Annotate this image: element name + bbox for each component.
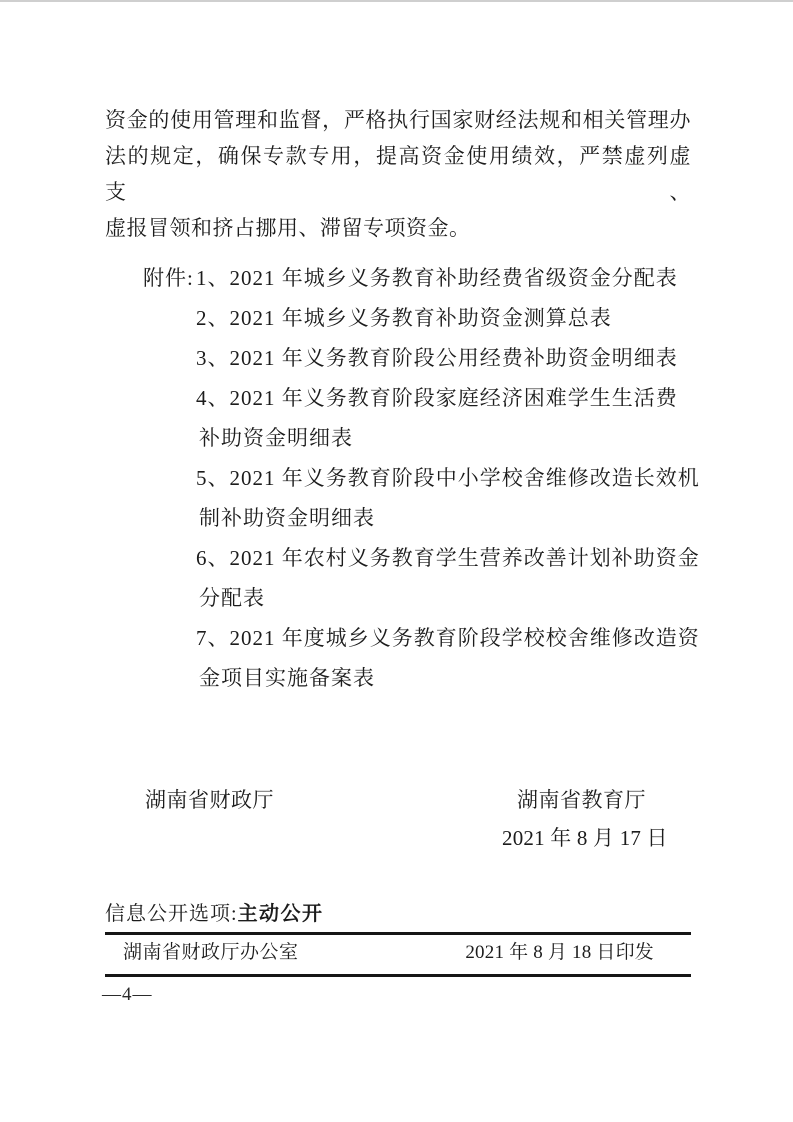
scan-artifact-line xyxy=(0,0,793,2)
attachment-item-7-wrap: 金项目实施备案表 xyxy=(105,658,725,698)
attachment-label: 附件: xyxy=(143,258,194,298)
paragraph-line: 虚报冒领和挤占挪用、滞留专项资金。 xyxy=(105,210,691,246)
signature-date: 2021 年 8 月 17 日 xyxy=(502,826,668,850)
attachment-list: 附件: 1、2021 年城乡义务教育补助经费省级资金分配表 2、2021 年城乡… xyxy=(105,258,725,698)
body-paragraph: 资金的使用管理和监督，严格执行国家财经法规和相关管理办 法的规定，确保专款专用，… xyxy=(105,102,691,246)
paragraph-line: 资金的使用管理和监督，严格执行国家财经法规和相关管理办 xyxy=(105,102,691,138)
page-number: —4— xyxy=(102,984,153,1006)
attachment-item-1: 1、2021 年城乡义务教育补助经费省级资金分配表 xyxy=(105,258,725,298)
attachment-item-2: 2、2021 年城乡义务教育补助资金测算总表 xyxy=(105,298,725,338)
paragraph-line: 法的规定，确保专款专用，提高资金使用绩效，严禁虚列虚支、 xyxy=(105,138,691,210)
attachment-item-6-wrap: 分配表 xyxy=(105,578,725,618)
attachment-item-4: 4、2021 年义务教育阶段家庭经济困难学生生活费 xyxy=(105,378,725,418)
disclosure-label: 信息公开选项: xyxy=(105,903,238,925)
attachment-item-6: 6、2021 年农村义务教育学生营养改善计划补助资金 xyxy=(105,538,725,578)
signature-left-org: 湖南省财政厅 xyxy=(145,788,274,812)
attachment-item-5-wrap: 制补助资金明细表 xyxy=(105,498,725,538)
attachment-item-7: 7、2021 年度城乡义务教育阶段学校校舍维修改造资 xyxy=(105,618,725,658)
issuing-office: 湖南省财政厅办公室 xyxy=(123,941,299,965)
attachment-item-4-wrap: 补助资金明细表 xyxy=(105,418,725,458)
imprint-rule-top xyxy=(105,932,691,935)
attachment-item-5: 5、2021 年义务教育阶段中小学校舍维修改造长效机 xyxy=(105,458,725,498)
imprint-rule-bottom xyxy=(105,974,691,977)
disclosure-row: 信息公开选项:主动公开 xyxy=(105,902,324,926)
disclosure-value: 主动公开 xyxy=(238,903,324,925)
signature-right-org: 湖南省教育厅 xyxy=(517,788,646,812)
document-page: 资金的使用管理和监督，严格执行国家财经法规和相关管理办 法的规定，确保专款专用，… xyxy=(0,0,793,1122)
print-date: 2021 年 8 月 18 日印发 xyxy=(465,941,654,965)
attachment-item-3: 3、2021 年义务教育阶段公用经费补助资金明细表 xyxy=(105,338,725,378)
